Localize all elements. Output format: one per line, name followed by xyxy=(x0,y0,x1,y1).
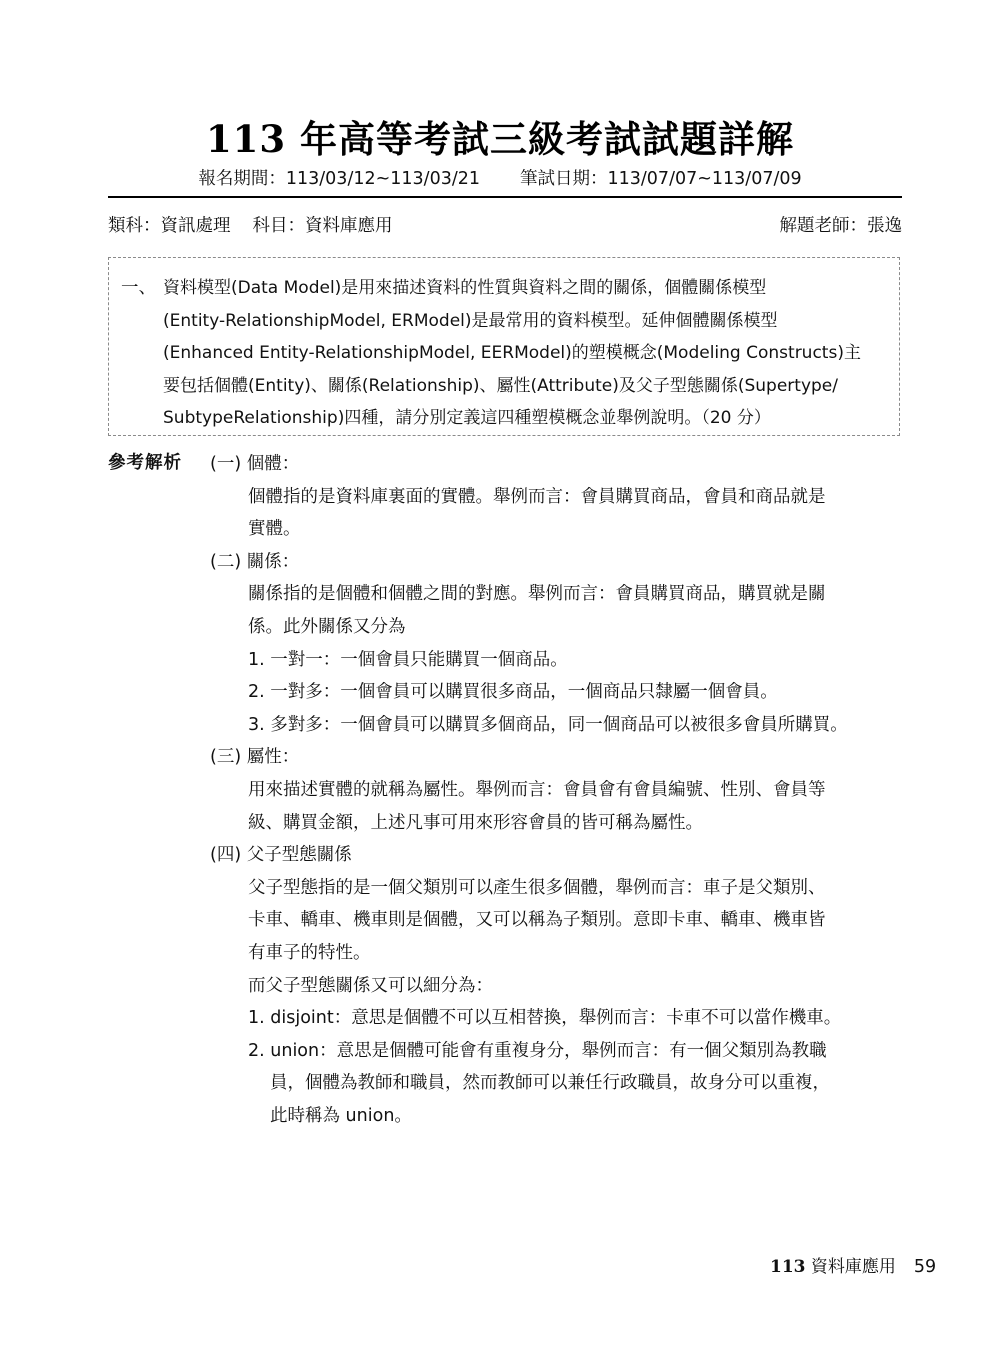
question-line: SubtypeRelationship)四種，請分別定義這四種塑模概念並舉例說明… xyxy=(163,402,889,435)
answer-body: 父子型態指的是一個父類別可以產生很多個體，舉例而言：車子是父類別、 xyxy=(210,872,910,905)
subject-label: 科目： xyxy=(253,216,306,236)
page-footer: 113 資料庫應用59 xyxy=(770,1254,936,1280)
teacher: 解題老師：張逸 xyxy=(780,212,903,240)
answer-heading: (二) 關係： xyxy=(210,546,910,579)
question-number: 一、 xyxy=(121,272,156,305)
question-line: 資料模型(Data Model)是用來描述資料的性質與資料之間的關係，個體關係模… xyxy=(163,272,889,305)
answer-item-cont: 員，個體為教師和職員，然而教師可以兼任行政職員，故身分可以重複， xyxy=(210,1067,910,1100)
answer-label: 參考解析 xyxy=(108,448,182,478)
question-line: (Enhanced Entity-RelationshipModel, EERM… xyxy=(163,337,889,370)
answer-body: 卡車、轎車、機車則是個體，又可以稱為子類別。意即卡車、轎車、機車皆 xyxy=(210,904,910,937)
registration-period: 113/03/12~113/03/21 xyxy=(286,169,480,189)
footer-book-title: 資料庫應用 xyxy=(811,1257,896,1277)
answer-body: 實體。 xyxy=(210,513,910,546)
question-text: 資料模型(Data Model)是用來描述資料的性質與資料之間的關係，個體關係模… xyxy=(163,272,889,435)
header-divider xyxy=(108,196,902,198)
answer-body: 關係指的是個體和個體之間的對應。舉例而言：會員購買商品，購買就是關 xyxy=(210,578,910,611)
question-line: (Entity-RelationshipModel, ERModel)是最常用的… xyxy=(163,305,889,338)
page-number: 59 xyxy=(914,1254,936,1280)
teacher-name: 張逸 xyxy=(867,216,902,236)
answer-item-cont: 此時稱為 union。 xyxy=(210,1100,910,1133)
subject-value: 資料庫應用 xyxy=(305,216,393,236)
page-title: 113 年高等考試三級考試試題詳解 xyxy=(0,114,1000,164)
exam-label: 筆試日期： xyxy=(520,169,608,189)
answer-heading: (三) 屬性： xyxy=(210,741,910,774)
question-line: 要包括個體(Entity)、關係(Relationship)、屬性(Attrib… xyxy=(163,370,889,403)
answer-item: 1. 一對一：一個會員只能購買一個商品。 xyxy=(210,644,910,677)
category-subject: 類科：資訊處理科目：資料庫應用 xyxy=(108,212,393,240)
answer-body: (一) 個體：個體指的是資料庫裏面的實體。舉例而言：會員購買商品，會員和商品就是… xyxy=(210,448,910,1132)
question-box: 一、 資料模型(Data Model)是用來描述資料的性質與資料之間的關係，個體… xyxy=(108,257,900,436)
answer-heading: (一) 個體： xyxy=(210,448,910,481)
category-label: 類科： xyxy=(108,216,161,236)
teacher-label: 解題老師： xyxy=(780,216,868,236)
answer-body: 有車子的特性。 xyxy=(210,937,910,970)
answer-body: 而父子型態關係又可以細分為： xyxy=(210,970,910,1003)
answer-body: 用來描述實體的就稱為屬性。舉例而言：會員會有會員編號、性別、會員等 xyxy=(210,774,910,807)
answer-body: 級、購買金額，上述凡事可用來形容會員的皆可稱為屬性。 xyxy=(210,807,910,840)
answer-item: 3. 多對多：一個會員可以購買多個商品，同一個商品可以被很多會員所購買。 xyxy=(210,709,910,742)
exam-period: 113/07/07~113/07/09 xyxy=(608,169,802,189)
footer-book-number: 113 xyxy=(770,1257,806,1277)
answer-body: 係。此外關係又分為 xyxy=(210,611,910,644)
registration-label: 報名期間： xyxy=(198,169,286,189)
answer-heading: (四) 父子型態關係 xyxy=(210,839,910,872)
category-value: 資訊處理 xyxy=(161,216,231,236)
exam-meta: 類科：資訊處理科目：資料庫應用 解題老師：張逸 xyxy=(108,212,902,240)
answer-item: 1. disjoint：意思是個體不可以互相替換，舉例而言：卡車不可以當作機車。 xyxy=(210,1002,910,1035)
answer-body: 個體指的是資料庫裏面的實體。舉例而言：會員購買商品，會員和商品就是 xyxy=(210,481,910,514)
exam-dates: 報名期間：113/03/12~113/03/21筆試日期：113/07/07~1… xyxy=(0,166,1000,192)
answer-item: 2. union：意思是個體可能會有重複身分，舉例而言：有一個父類別為教職 xyxy=(210,1035,910,1068)
answer-item: 2. 一對多：一個會員可以購買很多商品，一個商品只隸屬一個會員。 xyxy=(210,676,910,709)
